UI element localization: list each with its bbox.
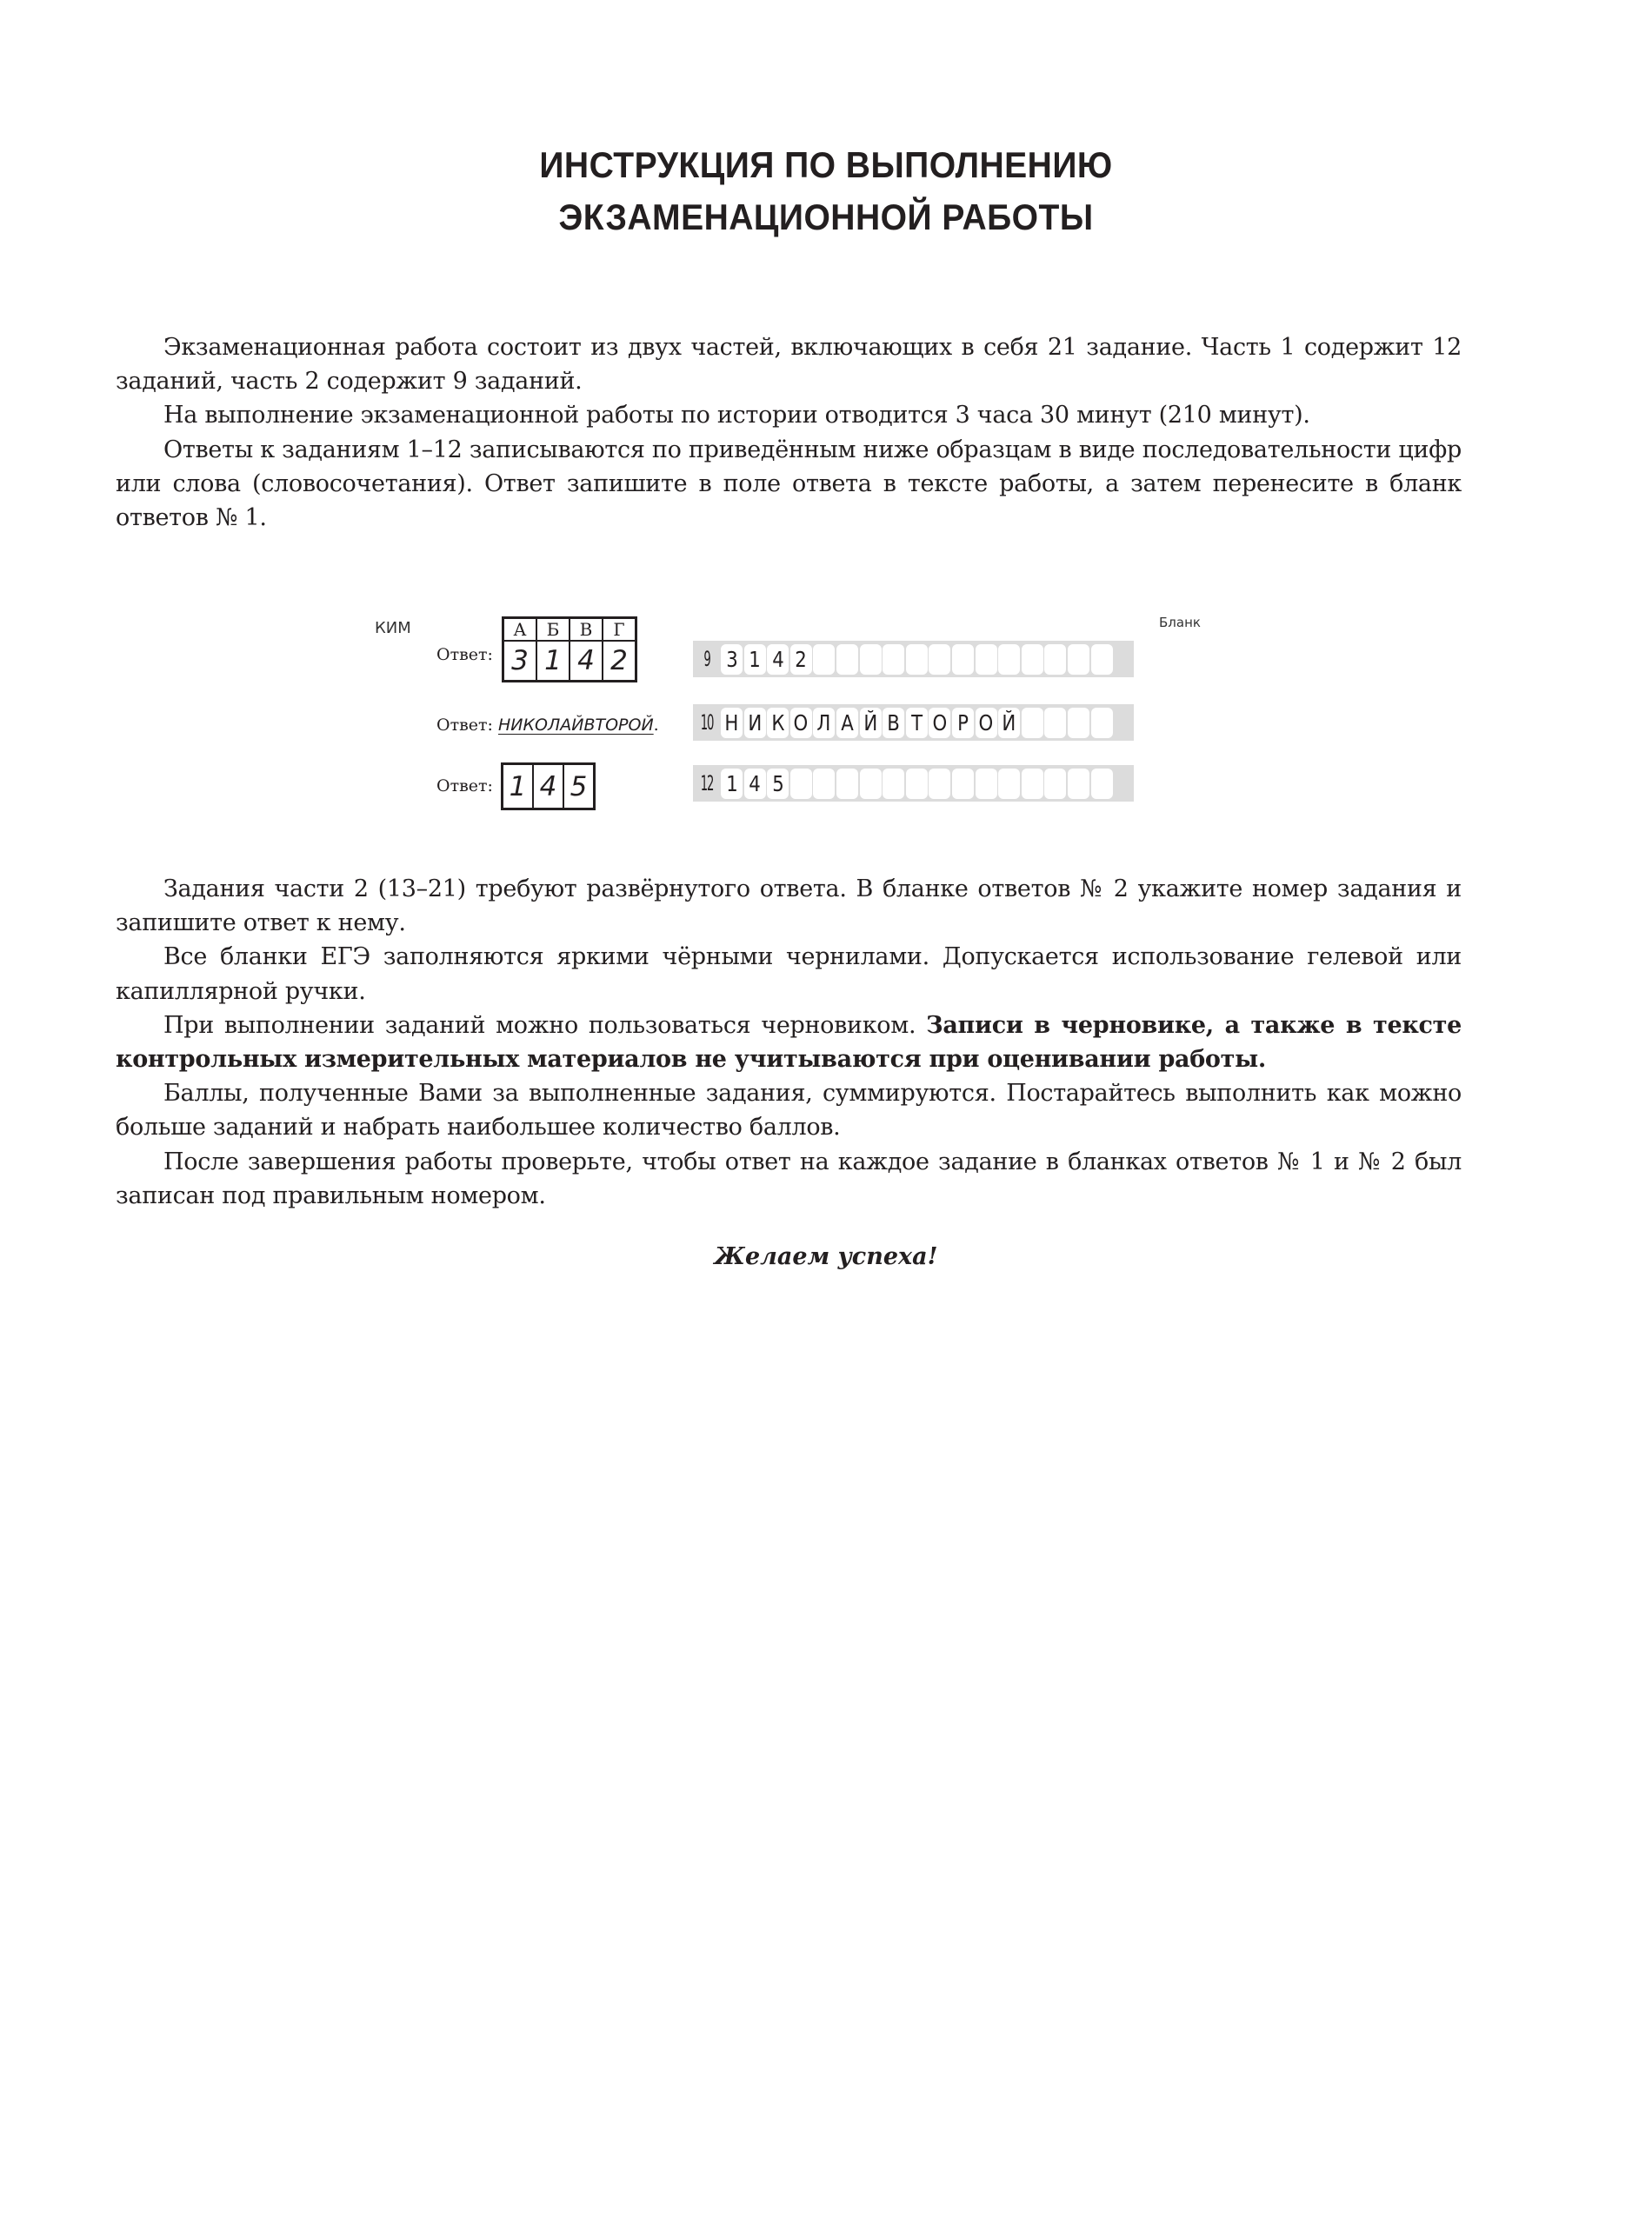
answer-cell: 1 xyxy=(721,769,743,799)
answer-label: Ответ: xyxy=(436,716,493,735)
word-answer-value: НИКОЛАЙВТОРОЙ xyxy=(498,716,654,735)
answer-cell xyxy=(790,769,812,799)
answer-cell xyxy=(1022,708,1043,738)
answer-cell xyxy=(883,644,904,675)
answer-cell xyxy=(1091,644,1113,675)
matching-header: Б xyxy=(536,618,570,642)
answer-sheet-row: 10НИКОЛАЙВТОРОЙ xyxy=(693,704,1134,741)
answer-cell xyxy=(1044,708,1066,738)
answer-cell: Й xyxy=(998,708,1020,738)
task-number: 12 xyxy=(699,771,715,795)
answer-cell xyxy=(860,644,882,675)
word-answer-suffix: . xyxy=(654,716,659,735)
answer-cell xyxy=(883,769,904,799)
page-title: ИНСТРУКЦИЯ ПО ВЫПОЛНЕНИЮ ЭКЗАМЕНАЦИОННОЙ… xyxy=(58,139,1595,243)
answer-cell xyxy=(1022,644,1043,675)
answer-cell: Т xyxy=(906,708,928,738)
rules-text-normal: При выполнении заданий можно пользоватьс… xyxy=(163,1012,926,1039)
answer-cell: Р xyxy=(952,708,974,738)
answer-cell: 5 xyxy=(767,769,789,799)
answer-cell: Й xyxy=(860,708,882,738)
answer-cell: И xyxy=(744,708,766,738)
answer-label: Ответ: xyxy=(436,776,493,795)
answer-cell xyxy=(998,644,1020,675)
answer-cell: 2 xyxy=(790,644,812,675)
sequence-value: 5 xyxy=(563,764,595,809)
rules-text: Задания части 2 (13–21) требуют развёрну… xyxy=(116,872,1462,1213)
matching-value: 2 xyxy=(603,641,636,682)
matching-header: Г xyxy=(603,618,636,642)
answer-sheet-row: 93142 xyxy=(693,641,1134,677)
answer-cell xyxy=(1091,708,1113,738)
rules-paragraph: При выполнении заданий можно пользоватьс… xyxy=(116,1008,1462,1076)
answer-cell: В xyxy=(883,708,904,738)
answer-cell xyxy=(1044,644,1066,675)
intro-paragraph: На выполнение экзаменационной работы по … xyxy=(116,398,1462,432)
sequence-answer-table: 1 4 5 xyxy=(501,762,596,810)
answer-cell xyxy=(906,644,928,675)
closing-wish: Желаем успеха! xyxy=(0,1243,1652,1270)
sequence-value: 4 xyxy=(533,764,563,809)
answer-cell xyxy=(1022,769,1043,799)
matching-header: В xyxy=(570,618,603,642)
matching-value: 3 xyxy=(503,641,537,682)
answer-cell xyxy=(998,769,1020,799)
rules-paragraph: Баллы, полученные Вами за выполненные за… xyxy=(116,1076,1462,1144)
answer-cell xyxy=(906,769,928,799)
answer-label: Ответ: xyxy=(436,645,493,664)
answer-cell xyxy=(952,769,974,799)
answer-cell: О xyxy=(790,708,812,738)
answer-cell: О xyxy=(929,708,950,738)
matching-answer-table: А Б В Г 3 1 4 2 xyxy=(502,616,637,682)
rules-paragraph: Все бланки ЕГЭ заполняются яркими чёрным… xyxy=(116,940,1462,1008)
answer-sheet-row: 12145 xyxy=(693,765,1134,802)
answer-cell: Н xyxy=(721,708,743,738)
title-line-1: ИНСТРУКЦИЯ ПО ВЫПОЛНЕНИЮ xyxy=(58,139,1595,191)
answer-cell: К xyxy=(767,708,789,738)
answer-cell xyxy=(813,769,835,799)
answer-cell: 4 xyxy=(744,769,766,799)
answer-cell xyxy=(836,644,858,675)
answer-cell xyxy=(976,769,997,799)
answer-cell xyxy=(1068,769,1089,799)
answer-cell xyxy=(1044,769,1066,799)
sequence-value: 1 xyxy=(503,764,534,809)
answer-cell: 3 xyxy=(721,644,743,675)
matching-value: 1 xyxy=(536,641,570,682)
answer-cell: О xyxy=(976,708,997,738)
matching-value: 4 xyxy=(570,641,603,682)
rules-paragraph: После завершения работы проверьте, чтобы… xyxy=(116,1145,1462,1213)
answer-cell xyxy=(1068,708,1089,738)
title-line-2: ЭКЗАМЕНАЦИОННОЙ РАБОТЫ xyxy=(58,191,1595,243)
rules-paragraph: Задания части 2 (13–21) требуют развёрну… xyxy=(116,872,1462,940)
intro-text: Экзаменационная работа состоит из двух ч… xyxy=(116,330,1462,535)
blank-label: Бланк xyxy=(1159,615,1201,630)
matching-header: А xyxy=(503,618,537,642)
answer-cell: А xyxy=(836,708,858,738)
answer-cell xyxy=(952,644,974,675)
answer-cell xyxy=(836,769,858,799)
answer-cell: 4 xyxy=(767,644,789,675)
answer-cell xyxy=(929,644,950,675)
answer-cell: 1 xyxy=(744,644,766,675)
kim-label: КИМ xyxy=(375,619,411,637)
answer-cell: Л xyxy=(813,708,835,738)
answer-cell xyxy=(929,769,950,799)
task-number: 9 xyxy=(699,647,715,671)
answer-cell xyxy=(813,644,835,675)
answer-cell xyxy=(976,644,997,675)
intro-paragraph: Ответы к заданиям 1–12 записываются по п… xyxy=(116,433,1462,536)
word-answer: Ответ: НИКОЛАЙВТОРОЙ. xyxy=(436,716,659,735)
answer-cell xyxy=(1068,644,1089,675)
answer-cell xyxy=(1091,769,1113,799)
task-number: 10 xyxy=(699,710,715,735)
intro-paragraph: Экзаменационная работа состоит из двух ч… xyxy=(116,330,1462,398)
answer-cell xyxy=(860,769,882,799)
